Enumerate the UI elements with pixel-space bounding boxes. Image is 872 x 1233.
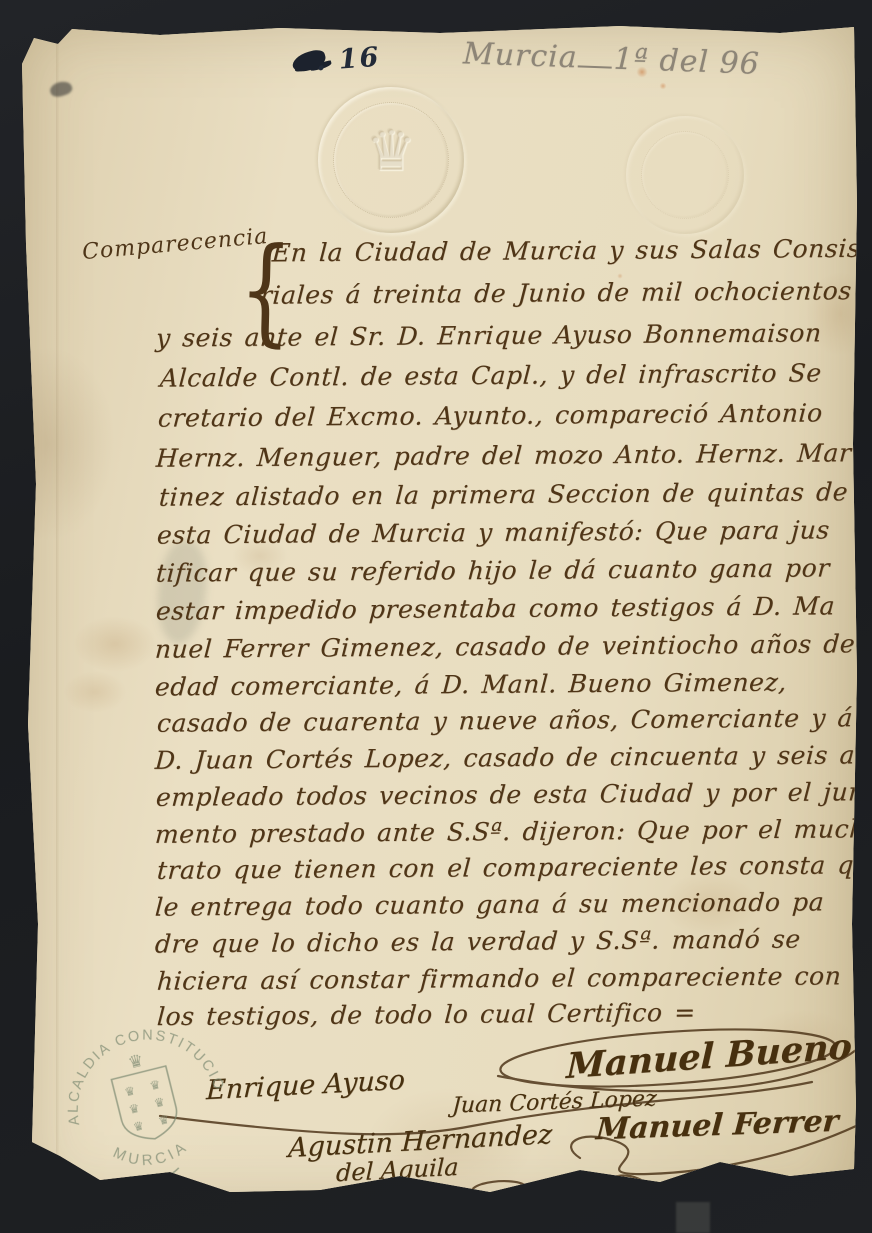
stamp-crown: ♛: [123, 1083, 137, 1099]
text-line: nuel Ferrer Gimenez, casado de veintioch…: [154, 629, 856, 664]
crown-icon: ♛: [318, 119, 464, 184]
text-line: tificar que su referido hijo le dá cuant…: [155, 553, 831, 587]
text-line: y seis ante el Sr. D. Enrique Ayuso Bonn…: [155, 318, 822, 352]
text-line: los testigos, de todo lo cual Certifico …: [156, 998, 697, 1031]
pencil-date-note: Murcia1ª del 96: [462, 36, 783, 82]
text-line: Alcalde Contl. de esta Capl., y del infr…: [159, 358, 823, 392]
svg-text:MURCIA: MURCIA: [107, 1127, 194, 1179]
stamp-crown: ♛: [148, 1077, 162, 1093]
text-line: esta Ciudad de Murcia y manifestó: Que p…: [156, 515, 831, 549]
text-line: hiciera así constar firmando el comparec…: [156, 961, 842, 995]
embossed-seal-faint-icon: [626, 116, 744, 234]
pencil-underline-dash: [577, 51, 612, 68]
stamp-bottom-text: MURCIA: [107, 1127, 194, 1179]
text-line: casado de cuarenta y nueve años, Comerci…: [156, 703, 854, 737]
text-line: Hernz. Menguer, padre del mozo Anto. Her…: [155, 438, 852, 472]
stamp-crown-top: ♛: [126, 1051, 146, 1074]
stamp-crown: ♛: [127, 1101, 141, 1117]
stamp-crown: ♛: [157, 1112, 171, 1128]
text-line: trato que tienen con el compareciente le…: [156, 850, 872, 885]
text-line: edad comerciante, á D. Manl. Bueno Gimen…: [154, 668, 788, 702]
text-line: le entrega todo cuanto gana á su mencion…: [154, 887, 825, 921]
file-number: . 16: [315, 42, 381, 77]
text-line: cretario del Excmo. Ayunto., compareció …: [157, 398, 824, 432]
text-line: empleado todos vecinos de esta Ciudad y …: [155, 777, 872, 812]
embossed-seal-icon: ♛: [318, 87, 464, 233]
pencil-date-city: Murcia: [462, 36, 578, 75]
text-line: tinez alistado en la primera Seccion de …: [158, 477, 849, 511]
signature-manuel-bueno: Manuel Bueno: [566, 1026, 853, 1087]
text-line: D. Juan Cortés Lopez, casado de cincuent…: [154, 740, 872, 775]
text-line: riales á treinta de Junio de mil ochocie…: [259, 275, 872, 310]
ink-smudge: [151, 537, 213, 647]
scanner-background-sliver: [676, 1202, 710, 1233]
stamp-shield-outline: [111, 1066, 182, 1146]
pencil-date-rest: 1ª del 96: [613, 42, 760, 82]
signature-manuel-ferrer: Manuel Ferrer: [595, 1104, 840, 1148]
stamp-crown: ♛: [132, 1118, 146, 1134]
stamp-crown: ♛: [153, 1095, 167, 1111]
embossed-seal-inner-ring: [641, 131, 729, 219]
manuscript-page: . 16 Murcia1ª del 96 ♛ Comparecencia { E…: [20, 24, 858, 1209]
text-line: estar impedido presentaba como testigos …: [155, 591, 836, 625]
paper-edge-tear: [48, 79, 73, 99]
text-line: mento prestado ante S.Sª. dijeron: Que p…: [154, 814, 872, 849]
text-line: En la Ciudad de Murcia y sus Salas Consi…: [271, 234, 872, 268]
text-line: dre que lo dicho es la verdad y S.Sª. ma…: [154, 924, 802, 958]
